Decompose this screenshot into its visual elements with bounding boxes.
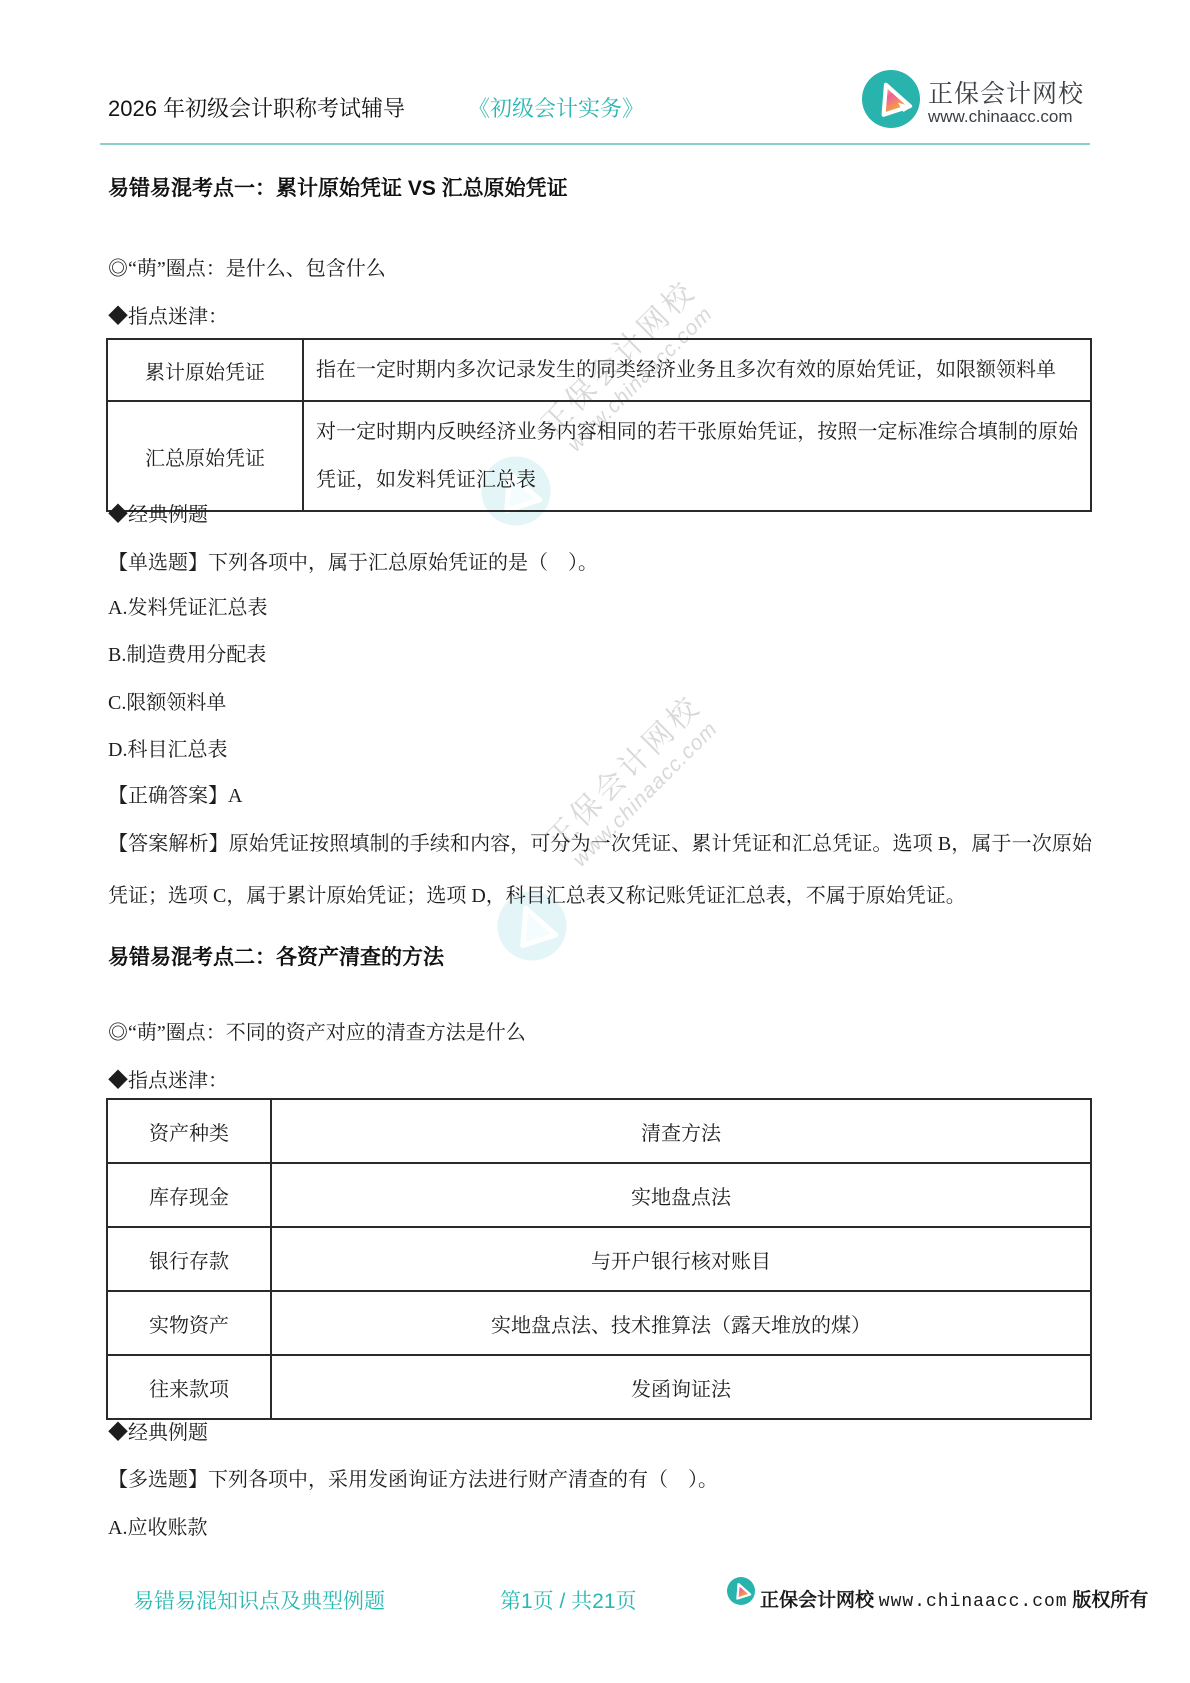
header-subject-title: 《初级会计实务》 <box>468 92 644 123</box>
section2-question: 【多选题】下列各项中，采用发函询证方法进行财产清查的有（ ）。 <box>108 1467 1092 1493</box>
question-option-d: D.科目汇总表 <box>108 737 1092 763</box>
question-option-c: C.限额领料单 <box>108 690 1092 716</box>
section1-guide-label: ◆指点迷津： <box>108 304 1092 330</box>
table-row: 往来款项 发函询证法 <box>107 1355 1091 1419</box>
header-divider <box>100 143 1090 145</box>
term-cell: 累计原始凭证 <box>107 339 303 401</box>
question-option-a: A.应收账款 <box>108 1515 1092 1541</box>
footer-brand-name: 正保会计网校 <box>760 1590 874 1611</box>
term-cell: 往来款项 <box>107 1355 271 1419</box>
footer-page-info: 第1页 / 共21页 <box>500 1585 637 1615</box>
term-cell: 资产种类 <box>107 1099 271 1163</box>
desc-cell: 发函询证法 <box>271 1355 1091 1419</box>
desc-cell: 实地盘点法、技术推算法（露天堆放的煤） <box>271 1291 1091 1355</box>
section2-example-label: ◆经典例题 <box>108 1420 1092 1446</box>
desc-cell: 指在一定时期内多次记录发生的同类经济业务且多次有效的原始凭证，如限额领料单 <box>303 339 1091 401</box>
table-row: 库存现金 实地盘点法 <box>107 1163 1091 1227</box>
term-cell: 汇总原始凭证 <box>107 401 303 511</box>
term-cell: 实物资产 <box>107 1291 271 1355</box>
footer-copyright: 版权所有 <box>1072 1590 1148 1611</box>
desc-cell: 对一定时期内反映经济业务内容相同的若干张原始凭证，按照一定标准综合填制的原始凭证… <box>303 401 1091 511</box>
term-cell: 银行存款 <box>107 1227 271 1291</box>
question-option-a: A.发料凭证汇总表 <box>108 595 1092 621</box>
footer-brand-url: www.chinaacc.com <box>879 1592 1068 1612</box>
brand-name: 正保会计网校 <box>928 74 1084 110</box>
footer-doc-title: 易错易混知识点及典型例题 <box>133 1585 385 1615</box>
section1-meng-point: ◎“萌”圈点：是什么、包含什么 <box>108 256 1092 282</box>
section1-example-label: ◆经典例题 <box>108 502 1092 528</box>
section1-analysis: 【答案解析】原始凭证按照填制的手续和内容，可分为一次凭证、累计凭证和汇总凭证。选… <box>108 818 1092 922</box>
footer-copyright-line: 正保会计网校 www.chinaacc.com 版权所有 <box>760 1585 1148 1612</box>
brand-url: www.chinaacc.com <box>928 107 1073 127</box>
question-option-b: B.制造费用分配表 <box>108 642 1092 668</box>
document-page: 正保会计网校 www.chinaacc.com 正保会计网校 www.china… <box>0 0 1190 1683</box>
voucher-compare-table: 累计原始凭证 指在一定时期内多次记录发生的同类经济业务且多次有效的原始凭证，如限… <box>106 338 1092 512</box>
section1-title: 易错易混考点一：累计原始凭证 VS 汇总原始凭证 <box>108 176 1092 202</box>
table-row: 银行存款 与开户银行核对账目 <box>107 1227 1091 1291</box>
section1-question: 【单选题】下列各项中，属于汇总原始凭证的是（ ）。 <box>108 550 1092 576</box>
table-row: 汇总原始凭证 对一定时期内反映经济业务内容相同的若干张原始凭证，按照一定标准综合… <box>107 401 1091 511</box>
table-row: 累计原始凭证 指在一定时期内多次记录发生的同类经济业务且多次有效的原始凭证，如限… <box>107 339 1091 401</box>
section2-meng-point: ◎“萌”圈点：不同的资产对应的清查方法是什么 <box>108 1020 1092 1046</box>
desc-cell: 清查方法 <box>271 1099 1091 1163</box>
section1-answer: 【正确答案】A <box>108 783 1092 809</box>
section2-title: 易错易混考点二：各资产清查的方法 <box>108 945 1092 971</box>
section2-guide-label: ◆指点迷津： <box>108 1068 1092 1094</box>
term-cell: 库存现金 <box>107 1163 271 1227</box>
table-row: 实物资产 实地盘点法、技术推算法（露天堆放的煤） <box>107 1291 1091 1355</box>
desc-cell: 实地盘点法 <box>271 1163 1091 1227</box>
footer-logo-icon <box>727 1577 755 1605</box>
header-course-title: 2026 年初级会计职称考试辅导 <box>108 92 405 123</box>
table-row: 资产种类 清查方法 <box>107 1099 1091 1163</box>
desc-cell: 与开户银行核对账目 <box>271 1227 1091 1291</box>
asset-check-method-table: 资产种类 清查方法 库存现金 实地盘点法 银行存款 与开户银行核对账目 实物资产… <box>106 1098 1092 1420</box>
brand-logo-icon <box>862 70 920 128</box>
